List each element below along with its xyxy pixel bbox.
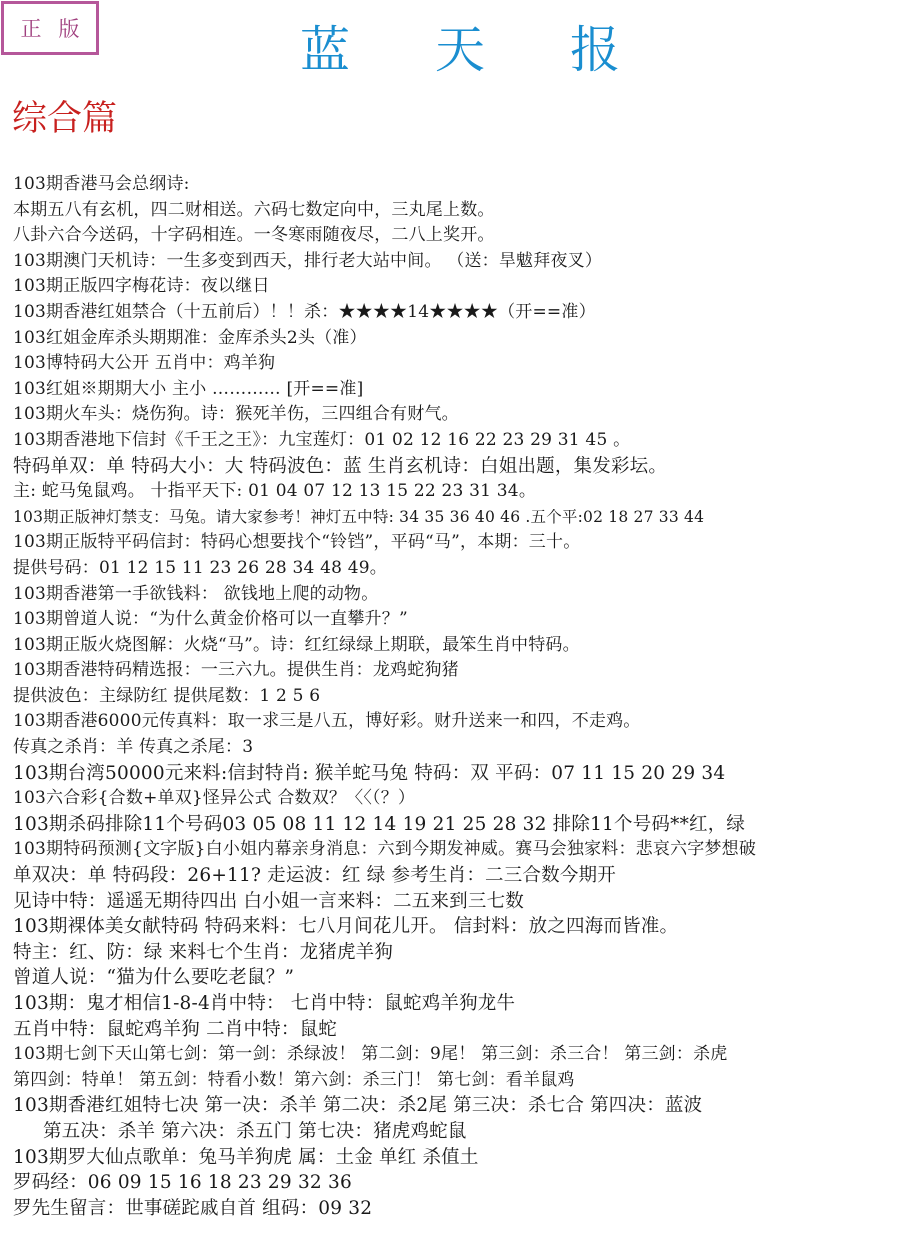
text-line: 103期火车头：烧伤狗。诗：猴死羊伤，三四组合有财气。 xyxy=(13,402,900,428)
text-line: 103期：鬼才相信1-8-4肖中特： 七肖中特：鼠蛇鸡羊狗龙牛 xyxy=(13,991,900,1017)
text-line: 103期罗大仙点歌单：兔马羊狗虎 属：土金 单红 杀值土 xyxy=(13,1145,900,1171)
text-line: 传真之杀肖：羊 传真之杀尾：3 xyxy=(13,735,900,761)
text-line: 提供波色：主绿防红 提供尾数：1 2 5 6 xyxy=(13,684,900,710)
badge-char-zheng: 正 xyxy=(21,13,42,43)
text-line: 曾道人说：“猫为什么要吃老鼠？” xyxy=(13,965,900,991)
text-line: 提供号码：01 12 15 11 23 26 28 34 48 49。 xyxy=(13,556,900,582)
section-title: 综合篇 xyxy=(12,96,117,142)
text-line: 103期香港马会总纲诗: xyxy=(13,172,900,198)
text-line: 103期七剑下天山第七剑：第一剑：杀绿波！ 第二剑：9尾！ 第三剑：杀三合！ 第… xyxy=(13,1042,900,1068)
title-char-1: 蓝 xyxy=(300,18,350,82)
text-line: 特码单双：单 特码大小：大 特码波色：蓝 生肖玄机诗：白姐出题，集发彩坛。 xyxy=(13,454,900,480)
text-line: 103期正版火烧图解：火烧“马”。诗：红红绿绿上期联，最笨生肖中特码。 xyxy=(13,633,900,659)
article-body: 103期香港马会总纲诗: 本期五八有玄机，四二财相送。六码七数定向中，三丸尾上数… xyxy=(13,172,900,1221)
text-line: 103六合彩{合数+单双}怪异公式 合数双？〈〈（？） xyxy=(13,786,900,812)
text-line: 103期裸体美女献特码 特码来料：七八月间花儿开。 信封料：放之四海而皆准。 xyxy=(13,914,900,940)
text-line: 罗先生留言：世事磋跎戚自首 组码：09 32 xyxy=(13,1196,900,1222)
text-line: 103博特码大公开 五肖中：鸡羊狗 xyxy=(13,351,900,377)
page-title: 蓝 天 报 xyxy=(300,18,620,82)
badge-char-ban: 版 xyxy=(59,13,80,43)
text-line: 103期特码预测{文字版}白小姐内幕亲身消息：六到今期发神威。赛马会独家料：悲哀… xyxy=(13,837,900,863)
text-line: 见诗中特：遥遥无期待四出 白小姐一言来料：二五来到三七数 xyxy=(13,889,900,915)
text-line: 第五决：杀羊 第六决：杀五门 第七决：猪虎鸡蛇鼠 xyxy=(13,1119,900,1145)
text-line: 103红姐※期期大小 主小 ………… [开==准] xyxy=(13,377,900,403)
text-line: 八卦六合今送码，十字码相连。一冬寒雨随夜尽，二八上奖开。 xyxy=(13,223,900,249)
text-line: 罗码经：06 09 15 16 18 23 29 32 36 xyxy=(13,1170,900,1196)
text-line: 103期曾道人说：“为什么黄金价格可以一直攀升？” xyxy=(13,607,900,633)
text-line: 103期香港地下信封《千王之王》：九宝莲灯：01 02 12 16 22 23 … xyxy=(13,428,900,454)
text-line: 单双决：单 特码段：26+11? 走运波：红 绿 参考生肖：二三合数今期开 xyxy=(13,863,900,889)
text-line: 主: 蛇马兔鼠鸡。 十指平天下: 01 04 07 12 13 15 22 23… xyxy=(13,479,900,505)
text-line: 103期杀码排除11个号码03 05 08 11 12 14 19 21 25 … xyxy=(13,812,900,838)
text-line: 五肖中特：鼠蛇鸡羊狗 二肖中特：鼠蛇 xyxy=(13,1017,900,1043)
text-line: 103期正版特平码信封：特码心想要找个“铃铛”，平码“马”，本期：三十。 xyxy=(13,530,900,556)
text-line: 103期香港特码精选报：一三六九。提供生肖：龙鸡蛇狗猪 xyxy=(13,658,900,684)
text-line: 本期五八有玄机，四二财相送。六码七数定向中，三丸尾上数。 xyxy=(13,198,900,224)
text-line: 103期香港红姐禁合（十五前后）！！杀：★★★★14★★★★（开==准） xyxy=(13,300,900,326)
text-line: 103期台湾50000元来料:信封特肖: 猴羊蛇马兔 特码：双 平码：07 11… xyxy=(13,761,900,787)
text-line: 103期正版四字梅花诗：夜以继日 xyxy=(13,274,900,300)
text-line: 特主：红、防：绿 来料七个生肖：龙猪虎羊狗 xyxy=(13,940,900,966)
title-char-3: 报 xyxy=(570,18,620,82)
text-line: 103期香港红姐特七决 第一决：杀羊 第二决：杀2尾 第三决：杀七合 第四决：蓝… xyxy=(13,1093,900,1119)
text-line: 103期正版神灯禁支：马兔。请大家参考！神灯五中特: 34 35 36 40 4… xyxy=(13,505,900,531)
text-line: 103期香港6000元传真料：取一求三是八五，博好彩。财升送来一和四，不走鸡。 xyxy=(13,709,900,735)
text-line: 第四剑：特单！ 第五剑：特看小数！第六剑：杀三门！ 第七剑：看羊鼠鸡 xyxy=(13,1068,900,1094)
text-line: 103红姐金库杀头期期准：金库杀头2头（准） xyxy=(13,326,900,352)
text-line: 103期澳门天机诗：一生多变到西天，排行老大站中间。 （送：旱魃拜夜叉） xyxy=(13,249,900,275)
title-char-2: 天 xyxy=(435,18,485,82)
official-edition-badge: 正 版 xyxy=(1,1,99,55)
text-line: 103期香港第一手欲钱料： 欲钱地上爬的动物。 xyxy=(13,582,900,608)
